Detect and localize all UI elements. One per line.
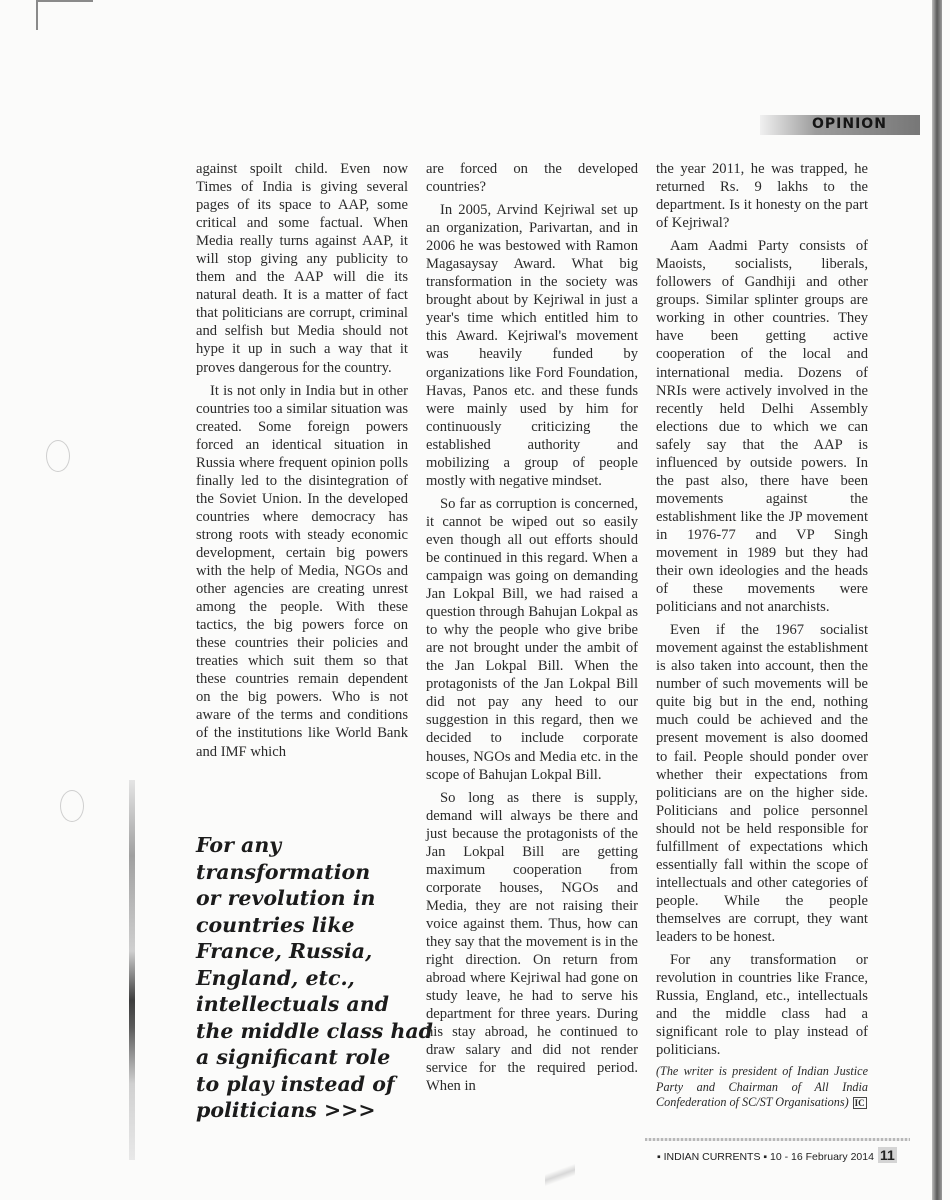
- paragraph: So long as there is supply, demand will …: [426, 789, 638, 1096]
- paragraph: For any transformation or revolution in …: [656, 951, 868, 1059]
- pull-quote-line: politicians >>>: [196, 1097, 416, 1124]
- article-column-3: the year 2011, he was trapped, he return…: [656, 160, 868, 1111]
- pull-quote-line: a significant role: [196, 1044, 416, 1071]
- page-footer: ▪ INDIAN CURRENTS ▪ 10 - 16 February 201…: [657, 1147, 897, 1163]
- pull-quote-line: to play instead of: [196, 1071, 416, 1098]
- pull-quote-line: transformation: [196, 859, 416, 886]
- article-column-1: against spoilt child. Even now Times of …: [196, 160, 408, 766]
- pull-quote-line: countries like: [196, 912, 416, 939]
- publication-info: ▪ INDIAN CURRENTS ▪ 10 - 16 February 201…: [657, 1151, 874, 1163]
- footer-rule: [645, 1138, 910, 1141]
- byline-text: (The writer is president of Indian Justi…: [656, 1064, 868, 1109]
- punch-hole-lower: [60, 790, 84, 822]
- paragraph: Aam Aadmi Party consists of Maoists, soc…: [656, 237, 868, 616]
- section-tag: OPINION: [760, 115, 920, 135]
- page-number: 11: [878, 1147, 897, 1163]
- article-column-2: are forced on the developed countries? I…: [426, 160, 638, 1100]
- pull-quote-line: the middle class had: [196, 1018, 416, 1045]
- paragraph: Even if the 1967 socialist movement agai…: [656, 621, 868, 946]
- paragraph: In 2005, Arvind Kejriwal set up an organ…: [426, 201, 638, 490]
- pull-quote-line: England, etc.,: [196, 965, 416, 992]
- pull-quote-line: intellectuals and: [196, 991, 416, 1018]
- paragraph: are forced on the developed countries?: [426, 160, 638, 196]
- author-byline: (The writer is president of Indian Justi…: [656, 1064, 868, 1111]
- scan-smudge: [545, 1150, 575, 1200]
- pull-quote-line: or revolution in: [196, 885, 416, 912]
- section-tag-label: OPINION: [812, 116, 887, 132]
- pull-quote-line: For any: [196, 832, 416, 859]
- pull-quote: For any transformation or revolution in …: [196, 832, 416, 1124]
- scan-left-binding-shadow: [129, 780, 135, 1160]
- scan-right-edge-shadow: [932, 0, 942, 1200]
- paragraph: the year 2011, he was trapped, he return…: [656, 160, 868, 232]
- end-of-article-icon: IC: [853, 1097, 867, 1109]
- punch-hole-upper: [46, 440, 70, 472]
- scan-corner-mark: [36, 0, 93, 30]
- paragraph: So far as corruption is concerned, it ca…: [426, 495, 638, 784]
- paragraph: against spoilt child. Even now Times of …: [196, 160, 408, 377]
- pull-quote-line: France, Russia,: [196, 938, 416, 965]
- paragraph: It is not only in India but in other cou…: [196, 382, 408, 761]
